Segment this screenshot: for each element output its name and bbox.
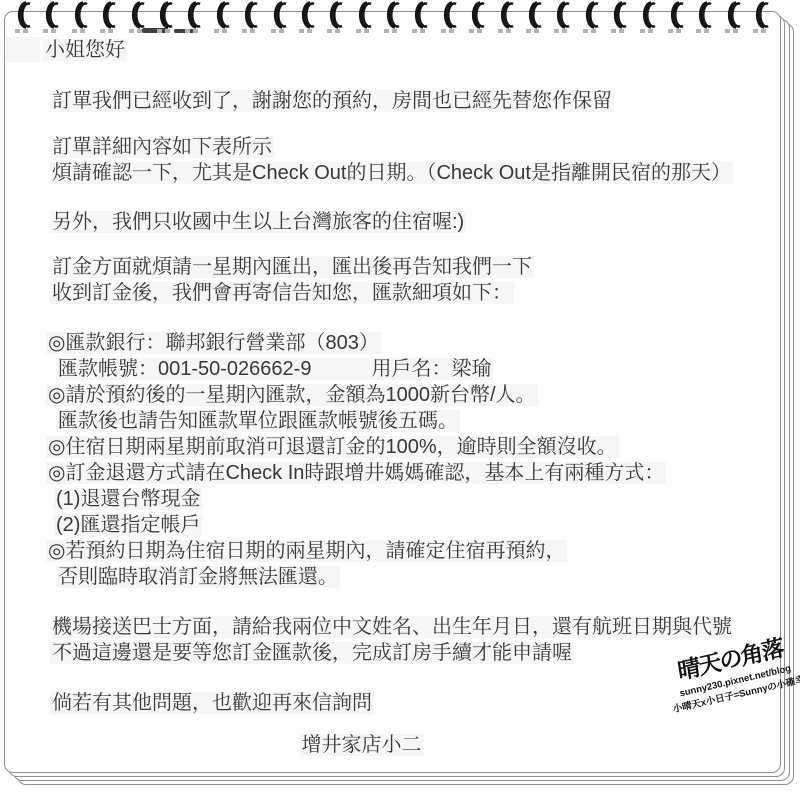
binding-ring-icon [156,1,175,34]
letter-line: ◎訂金退還方式請在Check In時跟增井媽媽確認，基本上有兩種方式： [4,460,783,486]
letter-paragraph: 倘若有其他問題，也歡迎再來信詢問 [4,690,783,716]
letter-line-text: (2)匯還指定帳戶 [54,514,202,536]
letter-line-text: 訂單詳細內容如下表所示 [50,136,274,158]
letter-line-text: 不過這邊還是要等您訂金匯款後，完成訂房手續才能申請喔 [50,642,574,664]
letter-paragraph: ◎匯款銀行：聯邦銀行營業部（803）匯款帳號：001-50-026662-9 用… [4,330,783,590]
letter-line: 機場接送巴士方面，請給我兩位中文姓名、出生年月日，還有航班日期與代號 [4,614,783,640]
letter-body: 訂單我們已經收到了，謝謝您的預約，房間也已經先替您作保留訂單詳細內容如下表所示煩… [4,88,783,716]
binding-ring-icon [270,1,289,34]
letter-line-text: (1)退還台幣現金 [54,488,202,510]
letter-line: ◎匯款銀行：聯邦銀行營業部（803） [4,330,783,356]
binding-ring-icon [667,1,686,34]
letter-line: 倘若有其他問題，也歡迎再來信詢問 [4,690,783,716]
letter-paragraph: 訂單我們已經收到了，謝謝您的預約，房間也已經先替您作保留 [4,88,783,114]
binding-ring-icon [695,1,714,34]
greeting-text: 小姐您好 [43,39,127,61]
binding-ring-icon [42,1,61,34]
letter-line: 訂單我們已經收到了，謝謝您的預約，房間也已經先替您作保留 [4,88,783,114]
signoff-text: 增井家店小二 [300,734,424,756]
binding-ring-icon [184,1,203,34]
letter-line-text: ◎匯款銀行：聯邦銀行營業部（803） [46,332,381,354]
greeting-line: 小姐您好 [4,37,783,63]
letter-line: (1)退還台幣現金 [4,486,783,512]
binding-ring-icon [298,1,317,34]
binding-ring-icon [355,1,374,34]
binding-ring-icon [326,1,345,34]
letter-line-text: ◎請於預約後的一星期內匯款，金額為1000新台幣/人。 [46,384,538,406]
binding-ring-icon [440,1,459,34]
signoff-line: 增井家店小二 [4,732,783,758]
letter-line-text: ◎若預約日期為住宿日期的兩星期內，請確定住宿再預約， [46,540,567,562]
letter-line: 匯款帳號：001-50-026662-9 用戶名：梁瑜 [4,356,783,382]
letter-line: 訂金方面就煩請一星期內匯出，匯出後再告知我們一下 [4,254,783,280]
binding-ring-icon [553,1,572,34]
letter-line: 否則臨時取消訂金將無法匯還。 [4,564,783,590]
letter-paragraph: 另外，我們只收國中生以上台灣旅客的住宿喔:) [4,209,783,235]
letter-line: 煩請確認一下，尤其是Check Out的日期。（Check Out是指離開民宿的… [4,160,783,186]
letter-line: 訂單詳細內容如下表所示 [4,134,783,160]
letter-line: 收到訂金後，我們會再寄信告知您，匯款細項如下： [4,280,783,306]
binding-ring-icon [497,1,516,34]
letter-line: 匯款後也請告知匯款單位跟匯款帳號後五碼。 [4,408,783,434]
letter-line-text: 否則臨時取消訂金將無法匯還。 [56,566,340,588]
binding-ring-icon [383,1,402,34]
letter-line: (2)匯還指定帳戶 [4,512,783,538]
binding-ring-icon [71,1,90,34]
letter-line-text: 訂單我們已經收到了，謝謝您的預約，房間也已經先替您作保留 [50,90,614,112]
letter-line-text: 另外，我們只收國中生以上台灣旅客的住宿喔:) [50,211,466,233]
binding-ring-icon [724,1,743,34]
binding-ring-icon [582,1,601,34]
letter-content: 小姐您好 訂單我們已經收到了，謝謝您的預約，房間也已經先替您作保留訂單詳細內容如… [4,11,783,758]
letter-line: ◎住宿日期兩星期前取消可退還訂金的100%，逾時則全額沒收。 [4,434,783,460]
spiral-binding [14,1,771,34]
binding-ring-icon [241,1,260,34]
binding-ring-icon [752,1,771,34]
letter-line-text: 機場接送巴士方面，請給我兩位中文姓名、出生年月日，還有航班日期與代號 [50,616,734,638]
letter-line-text: 收到訂金後，我們會再寄信告知您，匯款細項如下： [50,282,514,304]
letter-line: ◎若預約日期為住宿日期的兩星期內，請確定住宿再預約， [4,538,783,564]
binding-ring-icon [411,1,430,34]
letter-line-text: 匯款後也請告知匯款單位跟匯款帳號後五碼。 [56,410,460,432]
binding-ring-icon [610,1,629,34]
letter-line-text: 煩請確認一下，尤其是Check Out的日期。（Check Out是指離開民宿的… [50,162,733,184]
letter-paragraph: 訂金方面就煩請一星期內匯出，匯出後再告知我們一下收到訂金後，我們會再寄信告知您，… [4,254,783,306]
binding-ring-icon [14,1,33,34]
binding-ring-icon [99,1,118,34]
censored-name-box [6,37,40,62]
letter-line-text: 匯款帳號：001-50-026662-9 用戶名：梁瑜 [56,358,493,380]
letter-paragraph: 訂單詳細內容如下表所示煩請確認一下，尤其是Check Out的日期。（Check… [4,134,783,186]
letter-line-text: ◎住宿日期兩星期前取消可退還訂金的100%，逾時則全額沒收。 [46,436,619,458]
letter-line-text: 倘若有其他問題，也歡迎再來信詢問 [50,692,374,714]
binding-ring-icon [639,1,658,34]
letter-line-text: ◎訂金退還方式請在Check In時跟增井媽媽確認，基本上有兩種方式： [46,462,666,484]
letter-line: ◎請於預約後的一星期內匯款，金額為1000新台幣/人。 [4,382,783,408]
binding-ring-icon [525,1,544,34]
letter-line: 另外，我們只收國中生以上台灣旅客的住宿喔:) [4,209,783,235]
binding-ring-icon [213,1,232,34]
letter-line-text: 訂金方面就煩請一星期內匯出，匯出後再告知我們一下 [50,256,534,278]
binding-ring-icon [128,1,147,34]
binding-ring-icon [468,1,487,34]
